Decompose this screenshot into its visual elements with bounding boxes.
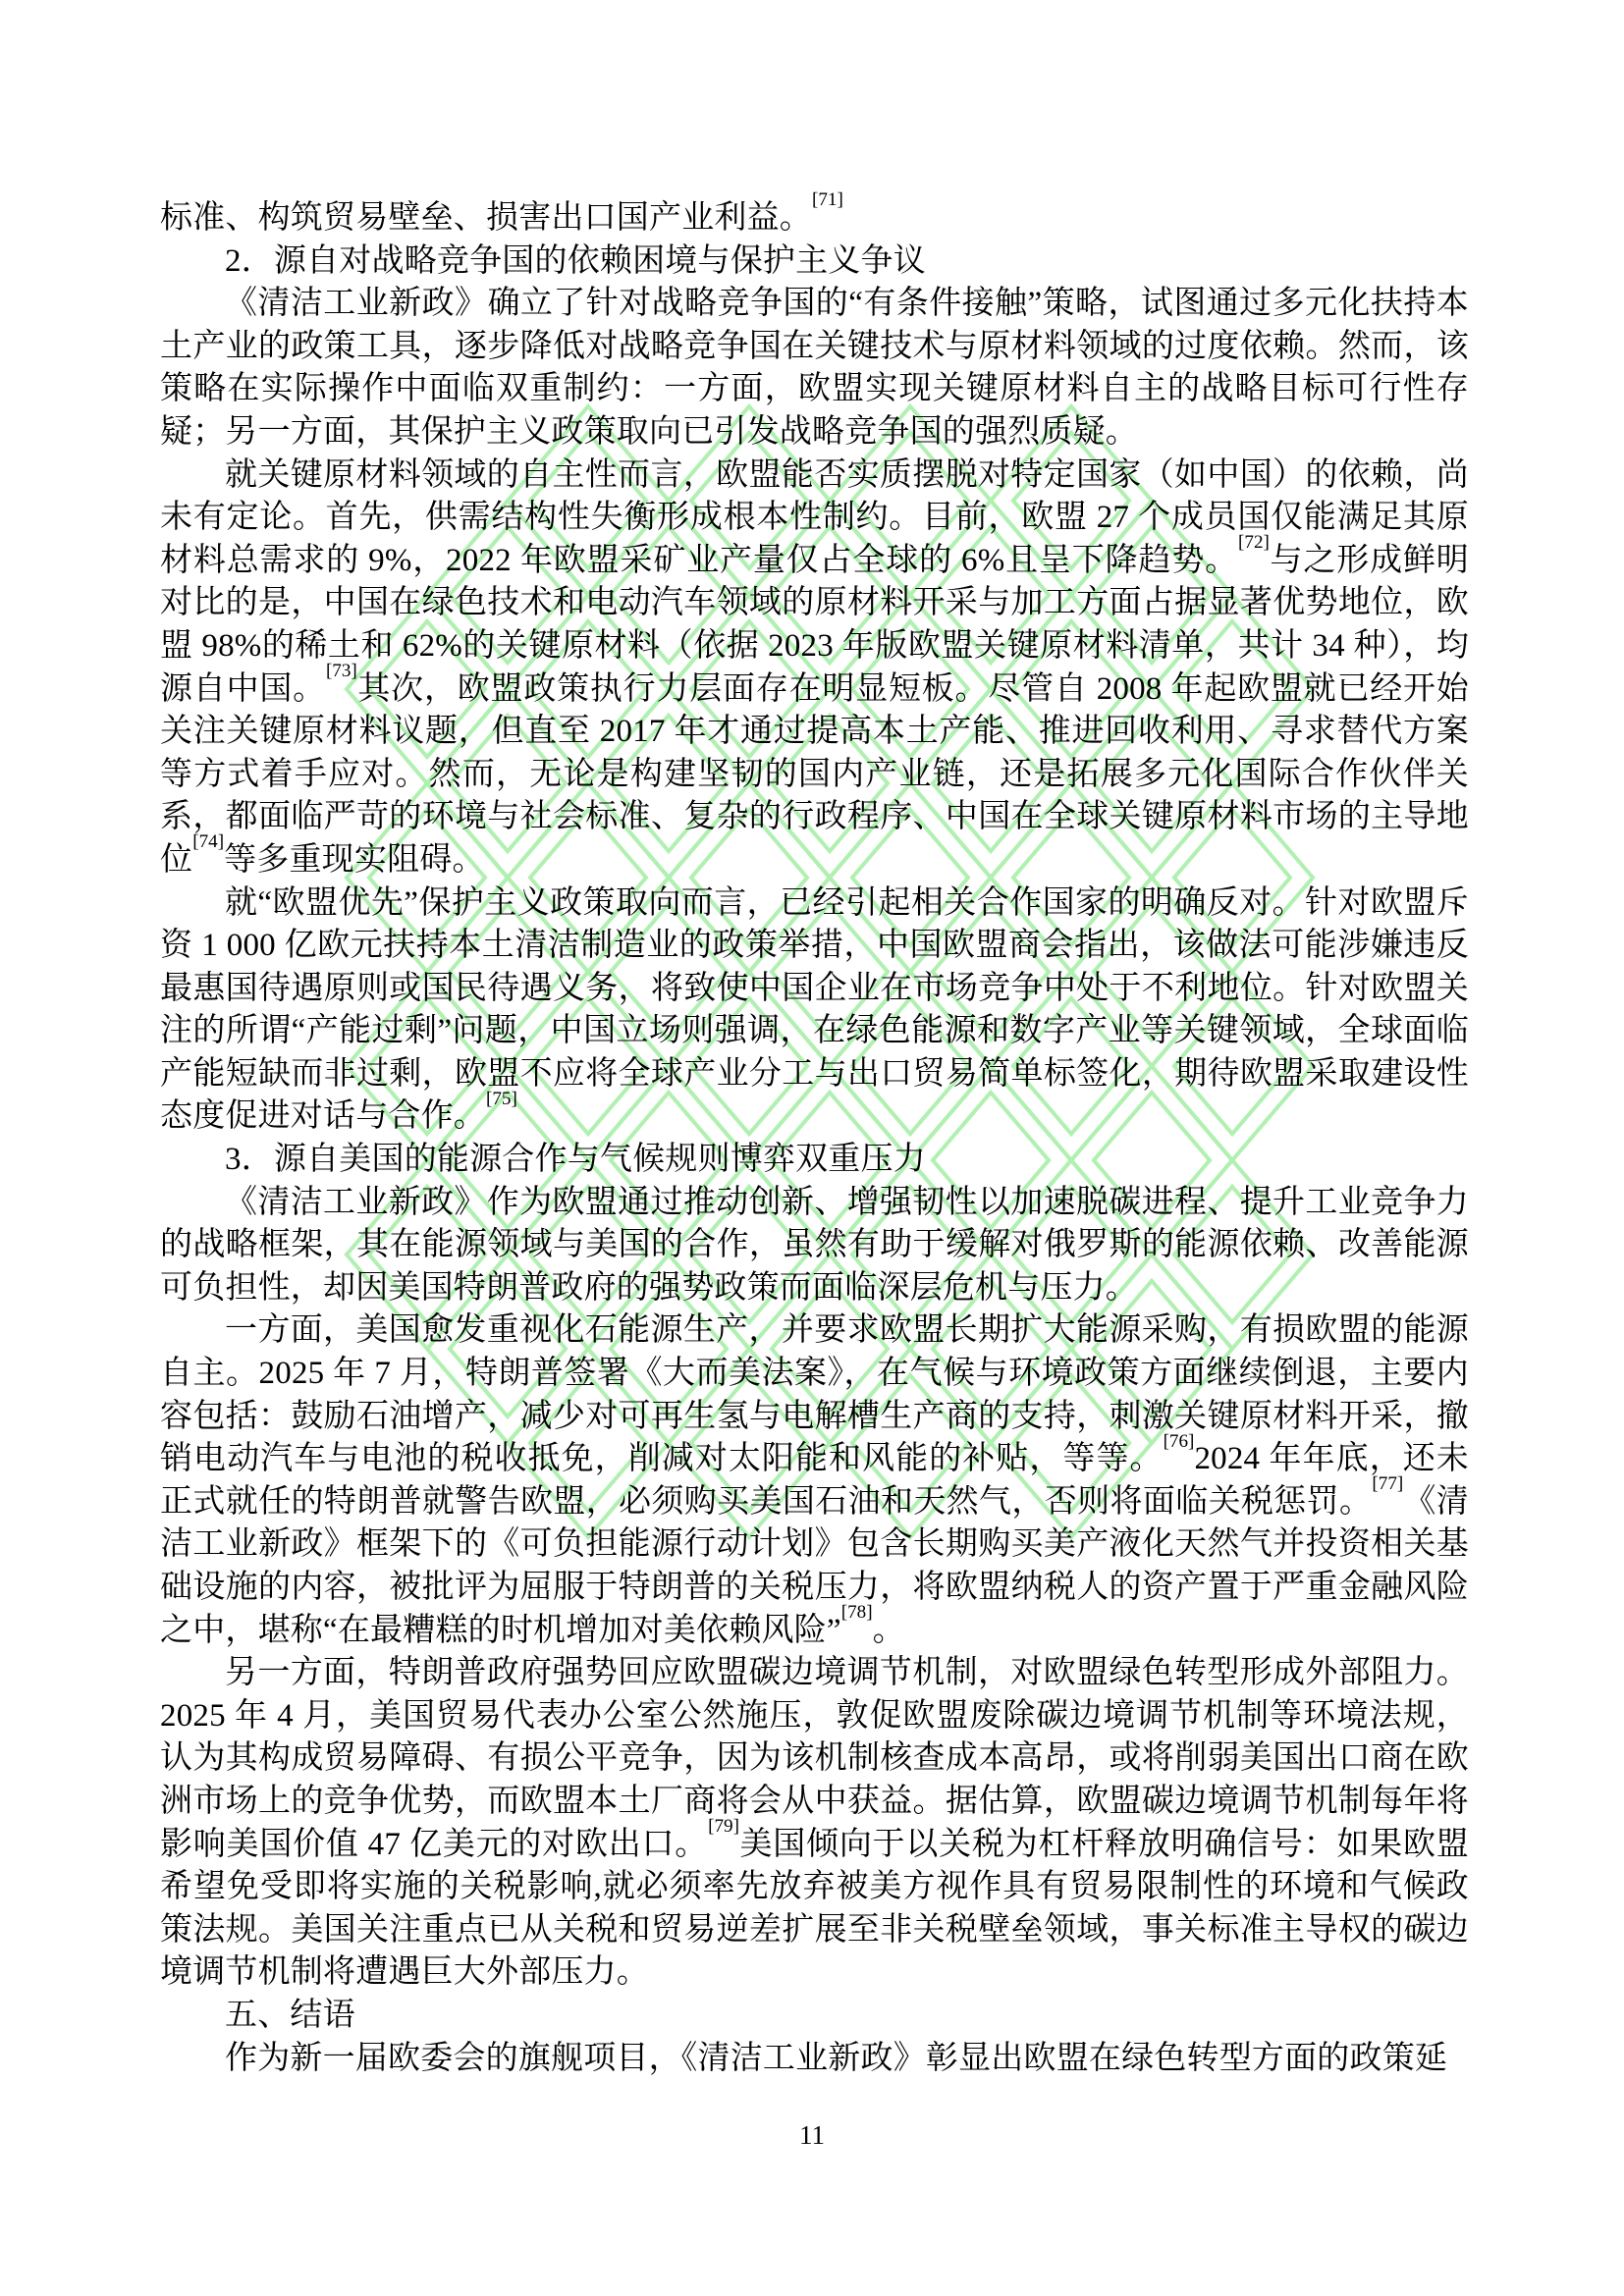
page-number: 11 bbox=[0, 2120, 1624, 2150]
paragraph: 标准、构筑贸易壁垒、损害出口国产业利益。[71] bbox=[160, 197, 1469, 240]
footnote-ref: [79] bbox=[708, 1816, 739, 1837]
footnote-ref: [75] bbox=[486, 1089, 517, 1109]
paragraph: 《清洁工业新政》确立了针对战略竞争国的“有条件接触”策略，试图通过多元化扶持本土… bbox=[160, 283, 1469, 454]
paragraph: 就“欧盟优先”保护主义政策取向而言，已经引起相关合作国家的明确反对。针对欧盟斥资… bbox=[160, 882, 1469, 1140]
footnote-ref: [74] bbox=[192, 831, 224, 852]
paragraph: 另一方面，特朗普政府强势回应欧盟碳边境调节机制，对欧盟绿色转型形成外部阻力。20… bbox=[160, 1652, 1469, 1995]
paragraph: 《清洁工业新政》作为欧盟通过推动创新、增强韧性以加速脱碳进程、提升工业竞争力的战… bbox=[160, 1182, 1469, 1310]
footnote-ref: [72] bbox=[1238, 532, 1270, 553]
footnote-ref: [73] bbox=[326, 661, 357, 681]
section-heading: 五、结语 bbox=[160, 1995, 1469, 2038]
section-heading: 3．源自美国的能源合作与气候规则博弈双重压力 bbox=[160, 1139, 1469, 1182]
section-heading: 2．源自对战略竞争国的依赖困境与保护主义争议 bbox=[160, 240, 1469, 284]
paragraph: 就关键原材料领域的自主性而言，欧盟能否实质摆脱对特定国家（如中国）的依赖，尚未有… bbox=[160, 454, 1469, 882]
footnote-ref: [78] bbox=[841, 1602, 873, 1623]
document-page: 标准、构筑贸易壁垒、损害出口国产业利益。[71]2．源自对战略竞争国的依赖困境与… bbox=[0, 0, 1624, 2296]
footnote-ref: [71] bbox=[812, 189, 843, 210]
paragraph: 一方面，美国愈发重视化石能源生产，并要求欧盟长期扩大能源采购，有损欧盟的能源自主… bbox=[160, 1309, 1469, 1652]
paragraph: 作为新一届欧委会的旗舰项目，《清洁工业新政》彰显出欧盟在绿色转型方面的政策延 bbox=[160, 2038, 1469, 2081]
footnote-ref: [76] bbox=[1164, 1431, 1195, 1452]
footnote-ref: [77] bbox=[1372, 1473, 1403, 1494]
text-body: 标准、构筑贸易壁垒、损害出口国产业利益。[71]2．源自对战略竞争国的依赖困境与… bbox=[160, 197, 1469, 2080]
